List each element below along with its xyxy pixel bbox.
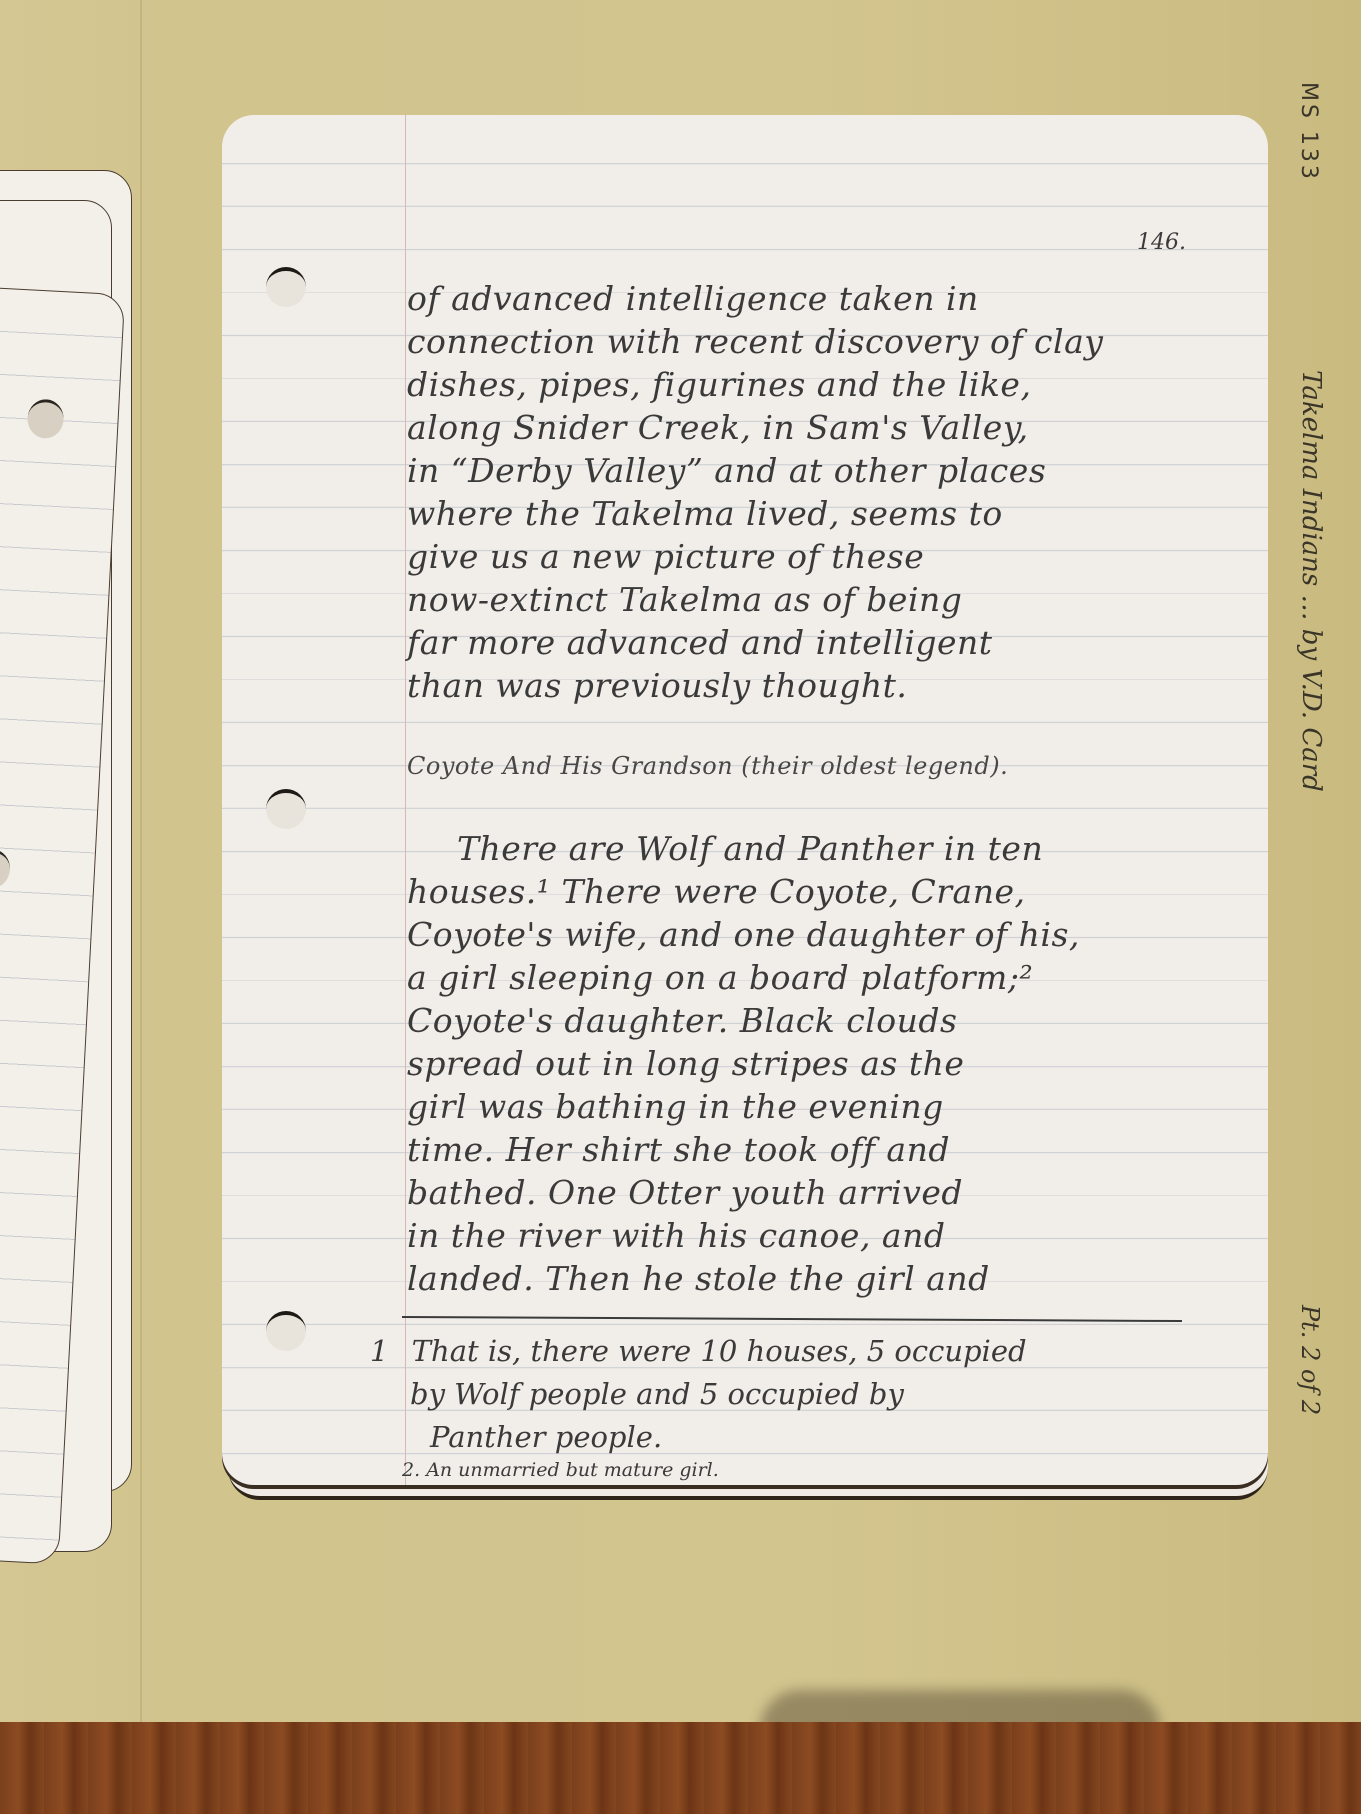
text-line: girl was bathing in the evening <box>407 1085 1080 1128</box>
footnote-line: An unmarried but mature girl. <box>426 1459 719 1481</box>
text-line: dishes, pipes, figurines and the like, <box>407 363 1103 406</box>
folder-crease <box>140 0 142 1722</box>
text-line: along Snider Creek, in Sam's Valley, <box>407 406 1103 449</box>
footnote-marker: 2. <box>402 1459 420 1481</box>
punch-hole-icon <box>0 848 11 889</box>
footnote-2: 2. An unmarried but mature girl. <box>370 1459 1027 1481</box>
margin-line <box>405 115 406 1485</box>
footnotes: 1 That is, there were 10 houses, 5 occup… <box>370 1330 1027 1481</box>
body-paragraph-2: There are Wolf and Panther in ten houses… <box>407 827 1080 1300</box>
text-line: of advanced intelligence taken in <box>407 277 1103 320</box>
text-line: landed. Then he stole the girl and <box>407 1257 1080 1300</box>
footnote-divider <box>402 1316 1182 1322</box>
footnote-line: That is, there were 10 houses, 5 occupie… <box>398 1334 1027 1368</box>
text-line: than was previously thought. <box>407 664 1103 707</box>
text-line: There are Wolf and Panther in ten <box>407 827 1080 870</box>
text-line: where the Takelma lived, seems to <box>407 492 1103 535</box>
footnote-line: by Wolf people and 5 occupied by <box>370 1373 1027 1416</box>
text-line: bathed. One Otter youth arrived <box>407 1171 1080 1214</box>
text-line: spread out in long stripes as the <box>407 1042 1080 1085</box>
text-line: in “Derby Valley” and at other places <box>407 449 1103 492</box>
punch-hole-icon <box>266 1311 306 1351</box>
text-line: connection with recent discovery of clay <box>407 320 1103 363</box>
punch-hole-icon <box>27 398 65 439</box>
footnote-1: 1 That is, there were 10 houses, 5 occup… <box>370 1330 1027 1373</box>
text-line: a girl sleeping on a board platform;² <box>407 956 1080 999</box>
collection-label: MS 133 <box>1296 82 1321 182</box>
text-line: time. Her shirt she took off and <box>407 1128 1080 1171</box>
punch-hole-icon <box>266 267 306 307</box>
punch-hole-icon <box>266 789 306 829</box>
folder-title-label: Takelma Indians … by V.D. Card <box>1296 370 1326 792</box>
page-number: 146. <box>1137 230 1186 255</box>
text-line: in the river with his canoe, and <box>407 1214 1080 1257</box>
text-line: far more advanced and intelligent <box>407 621 1103 664</box>
wooden-desk <box>0 1722 1361 1814</box>
part-label: Pt. 2 of 2 <box>1296 1305 1324 1415</box>
text-line: Coyote's daughter. Black clouds <box>407 999 1080 1042</box>
manuscript-page: 146. of advanced intelligence taken in c… <box>222 115 1268 1485</box>
text-line: Coyote's wife, and one daughter of his, <box>407 913 1080 956</box>
body-paragraph-1: of advanced intelligence taken in connec… <box>407 277 1103 707</box>
text-line: houses.¹ There were Coyote, Crane, <box>407 870 1080 913</box>
footnote-line: Panther people. <box>370 1416 1027 1459</box>
text-line: now-extinct Takelma as of being <box>407 578 1103 621</box>
footnote-marker: 1 <box>370 1334 388 1368</box>
legend-heading: Coyote And His Grandson (their oldest le… <box>407 745 1008 788</box>
text-line: give us a new picture of these <box>407 535 1103 578</box>
